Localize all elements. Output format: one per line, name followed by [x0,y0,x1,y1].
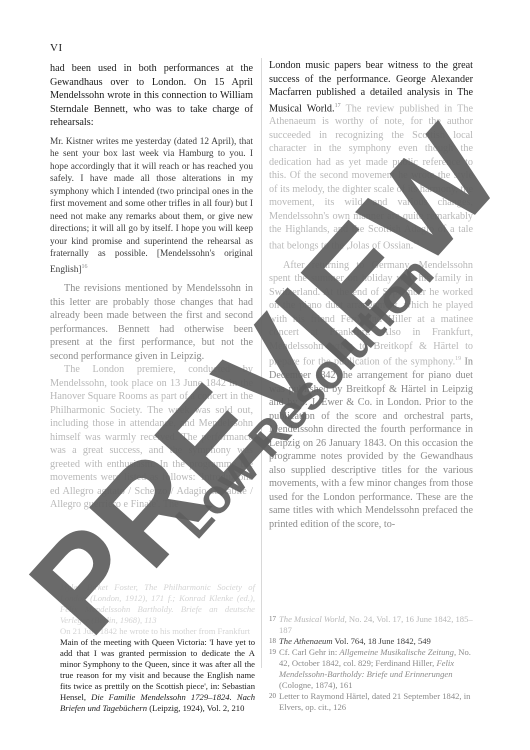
footnote-20: 20Letter to Raymond Härtel, dated 21 Sep… [269,691,473,713]
footnote-text: Letter to Raymond Härtel, dated 21 Septe… [279,691,470,712]
footnote-mark: 19 [269,647,279,658]
left-footnotes: Myles Birket Foster, The Philharmonic So… [60,582,255,714]
footnote-title: Allgemeine Musikalische Zeitung, [339,647,456,657]
footnote-text: Vol. 764, 18 June 1842, 549 [335,636,431,646]
left-paragraph-1: had been used in both performances at th… [50,62,253,130]
right-paragraph-2: After returning to Germany, Mendelssohn … [269,259,473,531]
letter-quote: Mr. Kistner writes me yesterday (dated 1… [50,136,253,277]
right-footnotes: 17The Musical World, No. 24, Vol. 17, 16… [269,614,473,713]
right-paragraph-1-continued: The review published in The Athenaeum is… [269,103,473,251]
footnote-mark: 20 [269,691,279,702]
footnote-title: The Musical World, [279,614,347,624]
footnote-19: 19Cf. Carl Gehr in: Allgemeine Musikalis… [269,647,473,691]
footnote-ref-19: 19 [455,356,461,362]
footnote-title: The Athenaeum [279,636,333,646]
footnote-lead: Cf. Carl Gehr in: [279,647,337,657]
footnote-ref-17: 17 [335,103,341,109]
footnote-16-lead: On 21 July 1842 he wrote to his mother f… [60,626,255,637]
footnote-ref-18: 18 [413,240,419,246]
right-paragraph-2-continued: In December 1842 the arrangement for pia… [269,357,473,530]
footnote-mark: 17 [269,614,279,625]
footnote-mark: 18 [269,636,279,647]
footnote-18: 18The Athenaeum Vol. 764, 18 June 1842, … [269,636,473,647]
footnote-16: Main of the meeting with Queen Victoria:… [60,637,255,714]
footnote-16-tail: (Leipzig, 1924), Vol. 2, 210 [149,703,244,713]
document-page: VI had been used in both performances at… [0,0,530,750]
column-divider [261,58,262,668]
right-column: London music papers bear witness to the … [269,59,473,531]
footnote-15: Myles Birket Foster, The Philharmonic So… [60,582,255,626]
letter-quote-text: Mr. Kistner writes me yesterday (dated 1… [50,137,253,275]
left-paragraph-3: The London premiere, conducted by Mendel… [50,363,253,512]
left-column: had been used in both performances at th… [50,62,253,512]
right-paragraph-1: London music papers bear witness to the … [269,59,473,253]
left-paragraph-2: The revisions mentioned by Mendelssohn i… [50,282,253,363]
right-paragraph-2-text: After returning to Germany, Mendelssohn … [269,260,473,368]
footnote-ref-16: 16 [82,264,88,270]
footnote-17: 17The Musical World, No. 24, Vol. 17, 16… [269,614,473,636]
footnote-text-2: (Cologne, 1874), 161 [279,680,353,690]
page-number: VI [50,42,63,54]
